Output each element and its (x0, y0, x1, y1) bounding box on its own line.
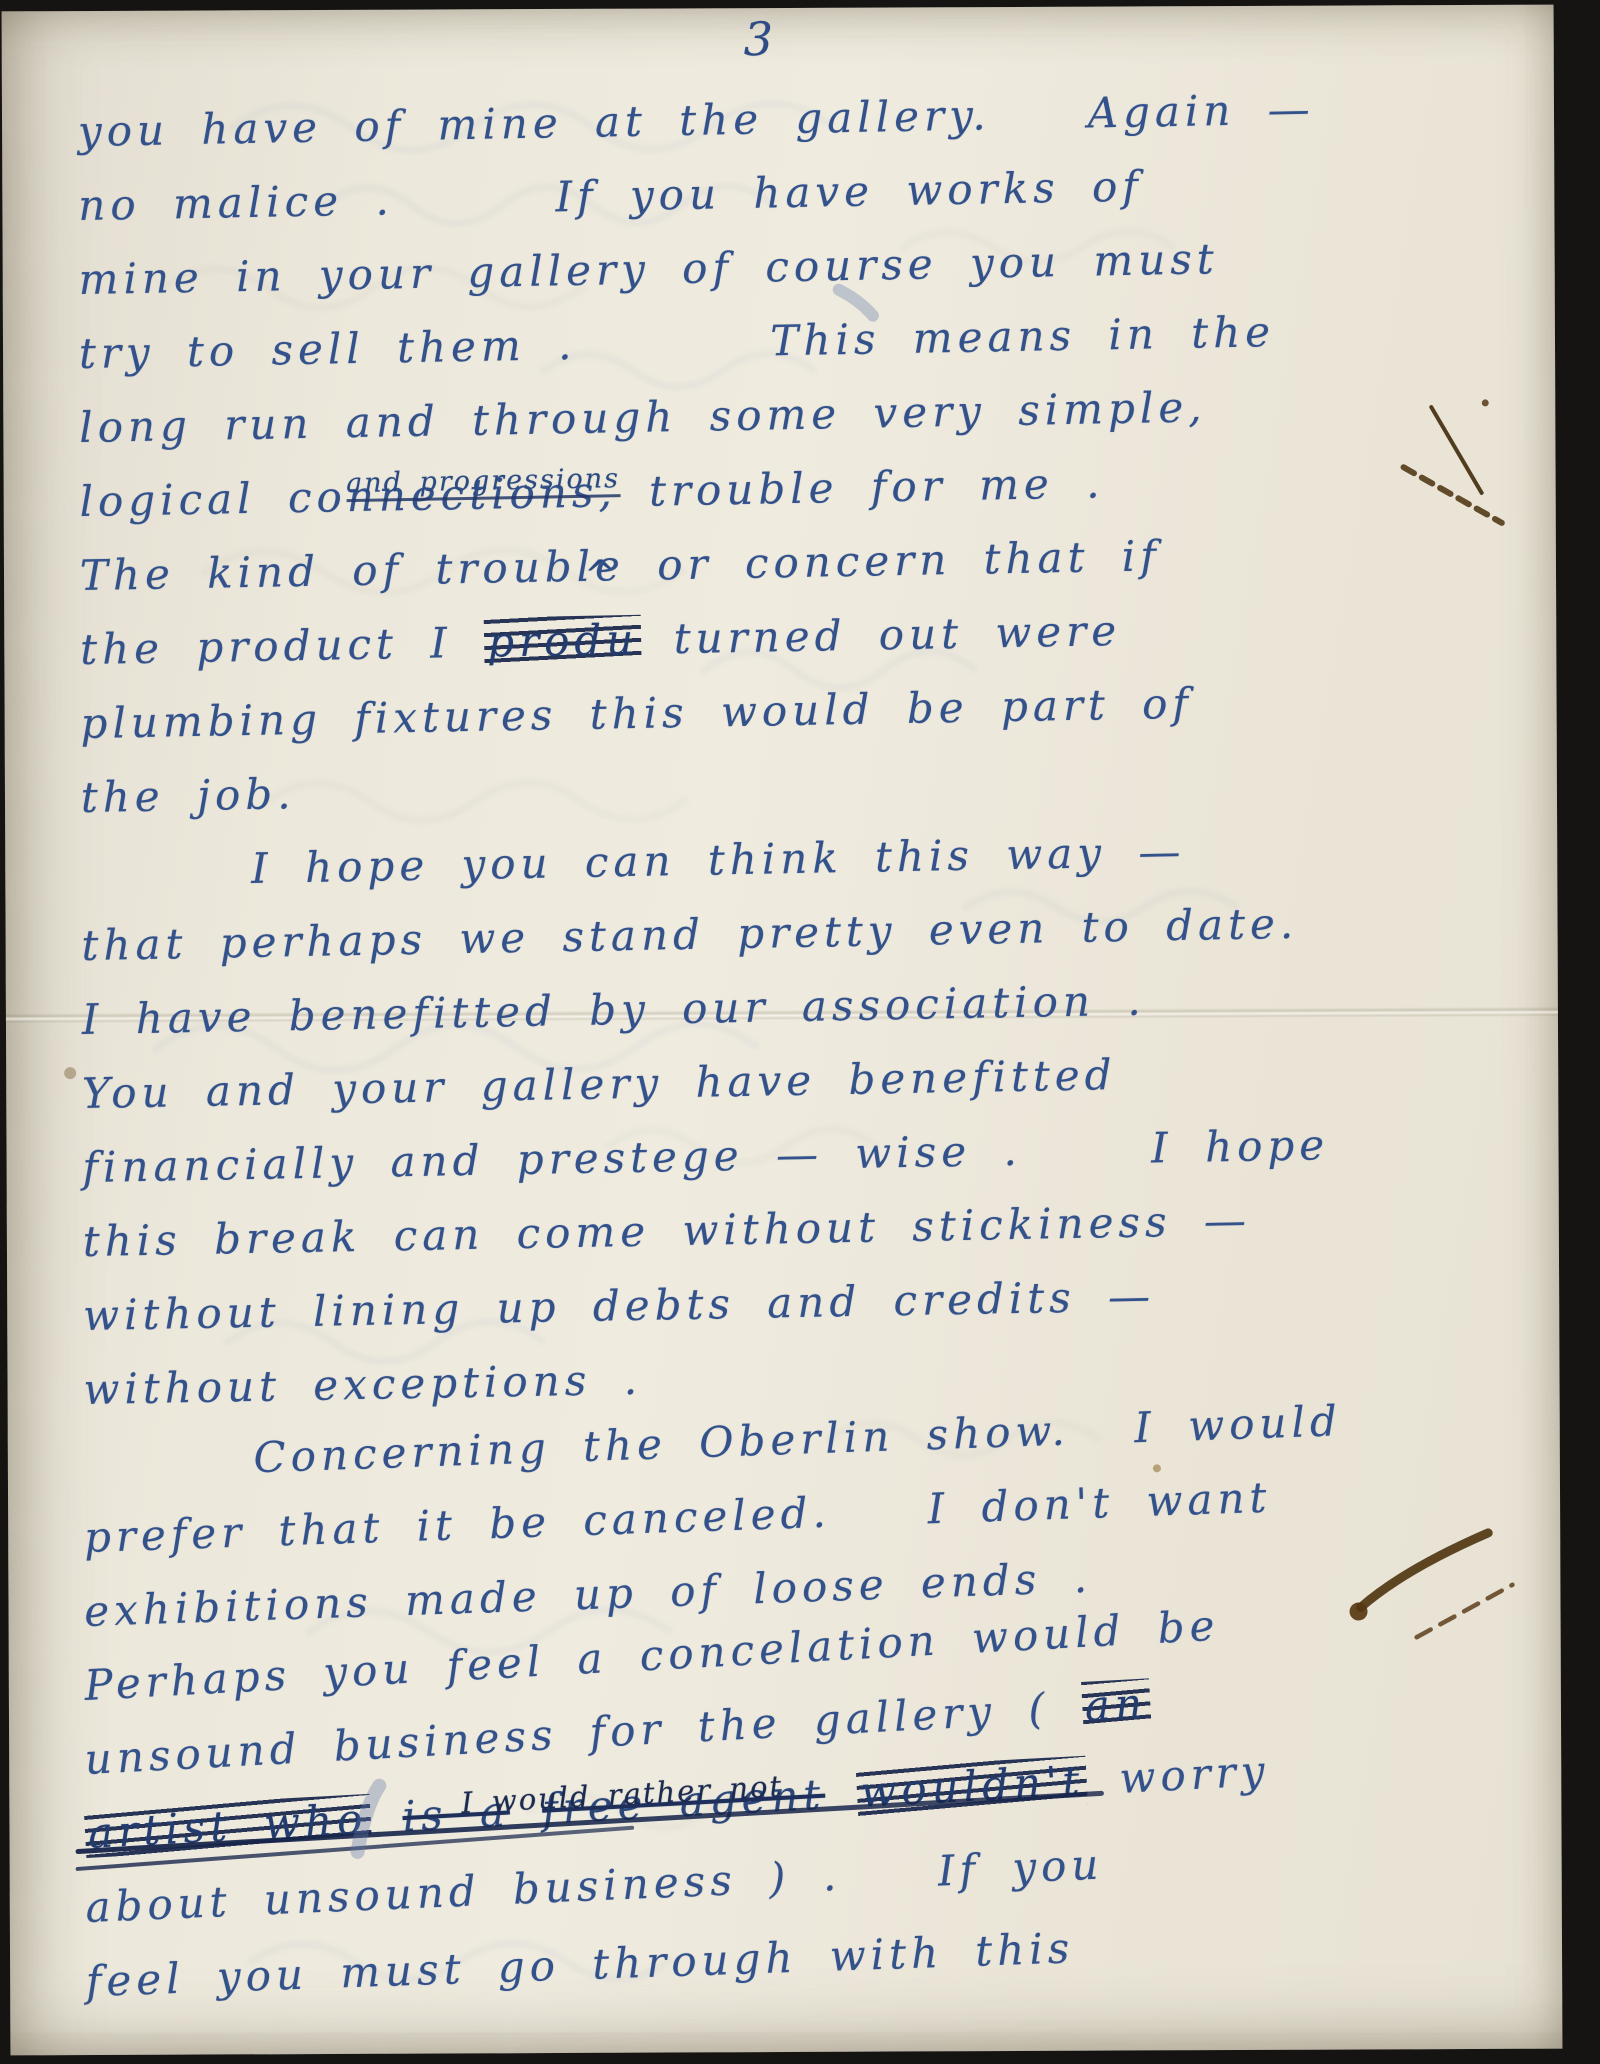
letter-text: the job. (80, 769, 296, 822)
letter-paper: 3 you have of mine at the gallery. Again… (2, 5, 1563, 2056)
letter-text: without exceptions . (83, 1355, 642, 1414)
letter-text: you have of mine at the gallery. Again — (78, 84, 1316, 156)
letter-text: plumbing fixtures this would be part of (80, 679, 1193, 748)
letter-text: I have benefitted by our association . (81, 976, 1146, 1044)
letter-text: turned out were (641, 606, 1122, 664)
letter-body: you have of mine at the gallery. Again —… (78, 89, 1496, 2019)
letter-text: financially and prestege — wise . I hope (82, 1120, 1330, 1192)
letter-text: The kind of trouble or concern that if (79, 531, 1161, 600)
crossed-out-text: an (1081, 1678, 1152, 1731)
letter-text: that perhaps we stand pretty even to dat… (81, 899, 1299, 970)
letter-text: no malice . If you have works of (78, 162, 1143, 231)
letter-text: , trouble for me . (598, 458, 1105, 516)
letter-text: I hope you can think this way — (251, 827, 1186, 893)
letter-text: without lining up debts and credits — (83, 1271, 1156, 1340)
letter-text: worry (1086, 1746, 1271, 1805)
letter-text: mine in your gallery of course you must (78, 234, 1219, 304)
crossed-out-text: produ (484, 615, 642, 667)
inserted-text: and progressions (346, 464, 620, 502)
letter-text: the product I (80, 618, 485, 674)
letter-text: You and your gallery have benefitted (82, 1050, 1117, 1118)
letter-text: try to sell them . This means in the (78, 307, 1275, 378)
letter-text: long run and through some very simple, (79, 382, 1207, 452)
page-number: 3 (744, 12, 774, 66)
scan-background: 3 you have of mine at the gallery. Again… (0, 0, 1600, 2064)
letter-text: this break can come without stickiness — (82, 1196, 1251, 1266)
